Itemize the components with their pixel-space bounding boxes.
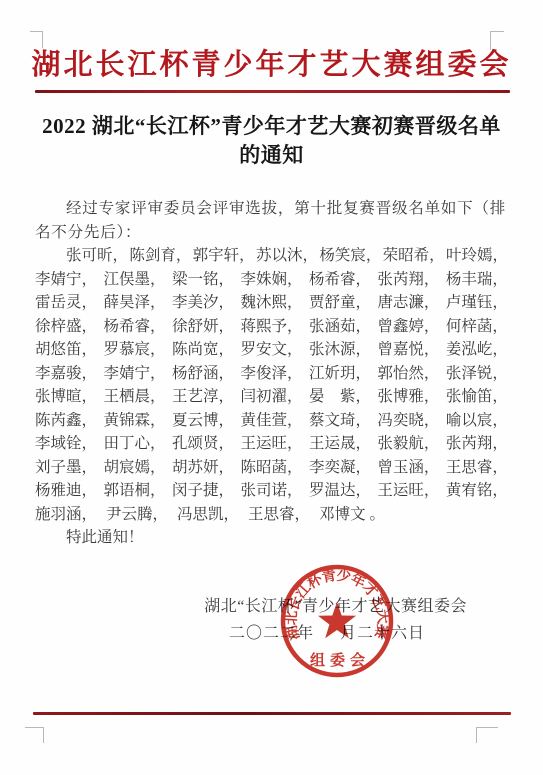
promoted-name: 徐梓盛，	[35, 315, 97, 339]
header-divider-rule	[35, 90, 510, 93]
promoted-name: 杨希睿，	[309, 268, 371, 292]
promoted-name: 张芮翔，	[446, 432, 508, 456]
name-line: 雷岳灵，薛昊泽，李美汐，魏沐熙，贾舒童，唐志濂，卢瑾钰，	[35, 291, 508, 315]
seal-center-text: 组委会	[310, 651, 370, 669]
crop-mark-bottom-left	[25, 727, 44, 743]
name-line: 李婧宁，江俣墨，梁一铭，李姝娴，杨希睿，张芮翔，杨丰瑞，	[35, 268, 508, 292]
promoted-name: 曾嘉悦，	[377, 338, 439, 362]
promoted-name: 李婧宁，	[35, 268, 97, 292]
promoted-name-list: 张可昕，陈剑育，郭宇轩，苏以沐，杨笑宸，荣昭希，叶玲嫣，李婧宁，江俣墨，梁一铭，…	[35, 244, 508, 526]
promoted-name: 张司诺，	[240, 479, 302, 503]
promoted-name: 杨笑宸，	[319, 244, 381, 268]
promoted-name: 何梓菡，	[446, 315, 508, 339]
promoted-name: 王运晟，	[309, 432, 371, 456]
name-line: 徐梓盛，杨希睿，徐舒妍，蒋熙予，张涵茹，曾鑫婷，何梓菡，	[35, 315, 508, 339]
promoted-name: 黄锦霖，	[103, 409, 165, 433]
intro-paragraph: 经过专家评审委员会评审选拔，第十批复赛晋级名单如下（排名不分先后）：	[35, 197, 508, 244]
document-title-line1: 2022 湖北“长江杯”青少年才艺大赛初赛晋级名单	[20, 112, 523, 141]
promoted-name: 王艺淳，	[172, 385, 234, 409]
promoted-name: 冯奕晓，	[377, 409, 439, 433]
seal-star-icon	[318, 602, 356, 638]
promoted-name: 郭宇轩，	[193, 244, 255, 268]
promoted-name: 张博暄，	[35, 385, 97, 409]
promoted-name: 胡苏妍，	[172, 456, 234, 480]
name-line: 李域铨，田丁心，孔颂贤，王运旺，王运晟，张毅航，张芮翔，	[35, 432, 508, 456]
promoted-name: 邓博文 。	[319, 503, 385, 527]
name-line: 杨雅迪，郭语桐，闵子捷，张司诺，罗温达，王运旺，黄宥铭，	[35, 479, 508, 503]
promoted-name: 李奕凝，	[309, 456, 371, 480]
name-line: 张博暄，王栖晨，王艺淳，闫初濯，晏 紫，张博雅，张愉笛，	[35, 385, 508, 409]
promoted-name: 曾玉涵，	[377, 456, 439, 480]
promoted-name: 李域铨，	[35, 432, 97, 456]
promoted-name: 罗温达，	[309, 479, 371, 503]
promoted-name: 冯思凯，	[177, 503, 239, 527]
promoted-name: 刘子墨，	[35, 456, 97, 480]
promoted-name: 李美汐，	[172, 291, 234, 315]
promoted-name: 张可昕，	[66, 244, 128, 268]
promoted-name: 罗安文，	[240, 338, 302, 362]
promoted-name: 姜泓屹，	[446, 338, 508, 362]
promoted-name: 蒋熙予，	[240, 315, 302, 339]
promoted-name: 梁一铭，	[172, 268, 234, 292]
name-line: 张可昕，陈剑育，郭宇轩，苏以沐，杨笑宸，荣昭希，叶玲嫣，	[35, 244, 508, 268]
promoted-name: 张沐源，	[309, 338, 371, 362]
promoted-name: 晏 紫，	[309, 385, 371, 409]
promoted-name: 李嘉骏，	[35, 362, 97, 386]
promoted-name: 杨希睿，	[103, 315, 165, 339]
footer-rule	[33, 712, 511, 715]
name-line: 刘子墨，胡宸嫣，胡苏妍，陈昭菡，李奕凝，曾玉涵，王思睿，	[35, 456, 508, 480]
promoted-name: 郭怡然，	[377, 362, 439, 386]
official-seal-stamp: 湖北长江杯青少年才艺大赛 组委会	[277, 561, 397, 681]
promoted-name: 江俣墨，	[103, 268, 165, 292]
promoted-name: 郭语桐，	[103, 479, 165, 503]
promoted-name: 胡宸嫣，	[103, 456, 165, 480]
promoted-name: 施羽涵，	[35, 503, 97, 527]
promoted-name: 李婧宁，	[103, 362, 165, 386]
promoted-name: 王思睿，	[248, 503, 310, 527]
promoted-name: 王运旺，	[240, 432, 302, 456]
promoted-name: 蔡文琦，	[309, 409, 371, 433]
promoted-name: 杨丰瑞，	[446, 268, 508, 292]
promoted-name: 荣昭希，	[383, 244, 445, 268]
promoted-name: 张博雅，	[377, 385, 439, 409]
promoted-name: 陈芮鑫，	[35, 409, 97, 433]
promoted-name: 雷岳灵，	[35, 291, 97, 315]
promoted-name: 杨雅迪，	[35, 479, 97, 503]
promoted-name: 江妡玥，	[309, 362, 371, 386]
promoted-name: 尹云腾，	[106, 503, 168, 527]
promoted-name: 张泽锐，	[446, 362, 508, 386]
promoted-name: 叶玲嫣，	[446, 244, 508, 268]
promoted-name: 夏云博，	[172, 409, 234, 433]
promoted-name: 田丁心，	[103, 432, 165, 456]
promoted-name: 张涵茹，	[309, 315, 371, 339]
promoted-name: 陈昭菡，	[240, 456, 302, 480]
promoted-name: 王思睿，	[446, 456, 508, 480]
name-line: 李嘉骏，李婧宁，杨舒涵，李俊泽，江妡玥，郭怡然，张泽锐，	[35, 362, 508, 386]
closing-line: 特此通知！	[35, 526, 508, 550]
promoted-name: 闫初濯，	[240, 385, 302, 409]
promoted-name: 黄佳萱，	[240, 409, 302, 433]
document-page: 湖北长江杯青少年才艺大赛组委会 2022 湖北“长江杯”青少年才艺大赛初赛晋级名…	[0, 0, 543, 775]
promoted-name: 杨舒涵，	[172, 362, 234, 386]
document-title: 2022 湖北“长江杯”青少年才艺大赛初赛晋级名单 的通知	[20, 112, 523, 170]
promoted-name: 唐志濂，	[377, 291, 439, 315]
promoted-name: 张芮翔，	[377, 268, 439, 292]
committee-header: 湖北长江杯青少年才艺大赛组委会	[0, 42, 543, 83]
promoted-name: 王运旺，	[377, 479, 439, 503]
promoted-name: 苏以沐，	[256, 244, 318, 268]
name-line: 胡悠笛，罗慕宸，陈尚宽，罗安文，张沐源，曾嘉悦，姜泓屹，	[35, 338, 508, 362]
promoted-name: 贾舒童，	[309, 291, 371, 315]
notice-body: 经过专家评审委员会评审选拔，第十批复赛晋级名单如下（排名不分先后）： 张可昕，陈…	[35, 197, 508, 550]
promoted-name: 闵子捷，	[172, 479, 234, 503]
promoted-name: 胡悠笛，	[35, 338, 97, 362]
promoted-name: 孔颂贤，	[172, 432, 234, 456]
promoted-name: 魏沐熙，	[240, 291, 302, 315]
crop-mark-bottom-right	[476, 727, 498, 743]
promoted-name: 罗慕宸，	[103, 338, 165, 362]
promoted-name: 陈尚宽，	[172, 338, 234, 362]
promoted-name: 徐舒妍，	[172, 315, 234, 339]
promoted-name: 李姝娴，	[240, 268, 302, 292]
promoted-name: 王栖晨，	[103, 385, 165, 409]
promoted-name: 卢瑾钰，	[446, 291, 508, 315]
promoted-name: 陈剑育，	[129, 244, 191, 268]
name-line: 施羽涵，尹云腾，冯思凯，王思睿，邓博文 。	[35, 503, 508, 527]
promoted-name: 黄宥铭，	[446, 479, 508, 503]
promoted-name: 曾鑫婷，	[377, 315, 439, 339]
promoted-name: 张毅航，	[377, 432, 439, 456]
name-line: 陈芮鑫，黄锦霖，夏云博，黄佳萱，蔡文琦，冯奕晓，喻以宸，	[35, 409, 508, 433]
promoted-name: 喻以宸，	[446, 409, 508, 433]
promoted-name: 薛昊泽，	[103, 291, 165, 315]
document-title-line2: 的通知	[20, 141, 523, 170]
promoted-name: 张愉笛，	[446, 385, 508, 409]
promoted-name: 李俊泽，	[240, 362, 302, 386]
